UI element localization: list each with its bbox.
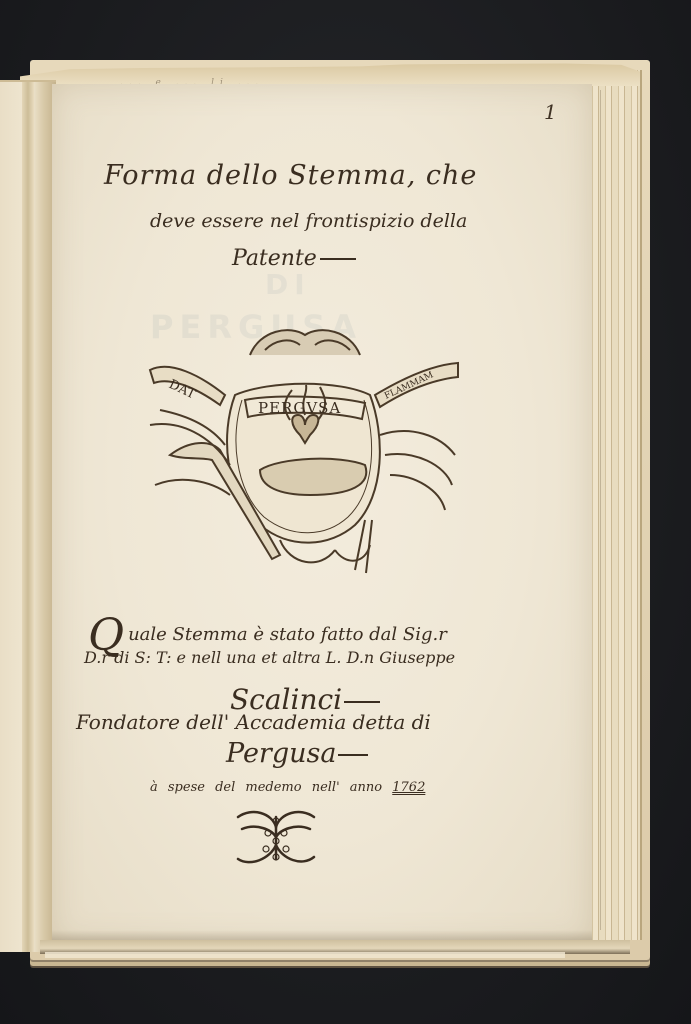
body-line-6: à spese del medemo nell' anno 1762	[150, 780, 425, 795]
left-page-strip	[0, 80, 56, 952]
heading-line-2: deve essere nel frontispizio della	[150, 210, 467, 232]
bleed-through-text: DI	[265, 268, 311, 301]
folio-number: 1	[544, 100, 557, 124]
heading-line-1: Forma dello Stemma, che	[104, 160, 477, 191]
motto-center: PERGVSA	[258, 399, 341, 417]
calligraphic-flourish	[232, 805, 320, 867]
body-line-1-text: uale Stemma è stato fatto dal Sig.r	[128, 624, 447, 645]
body-line-4: Fondatore dell' Accademia detta di	[76, 710, 431, 734]
body-line-6-text: à spese del medemo nell' anno	[150, 780, 382, 795]
heading-line-3: Patente	[232, 246, 356, 271]
emblem-drawing: DAT PERGVSA FLAMMAM	[140, 325, 470, 585]
gutter-fold	[22, 82, 34, 952]
year: 1762	[392, 780, 425, 795]
body-line-2: D.r di S: T: e nell una et altra L. D.n …	[84, 648, 455, 667]
flourish-icon	[232, 805, 320, 867]
body-line-5-place: Pergusa	[226, 738, 368, 769]
ruling-line	[600, 90, 601, 930]
bottom-page-edge-highlight	[45, 952, 565, 958]
coat-of-arms-emblem: DAT PERGVSA FLAMMAM	[140, 325, 470, 585]
